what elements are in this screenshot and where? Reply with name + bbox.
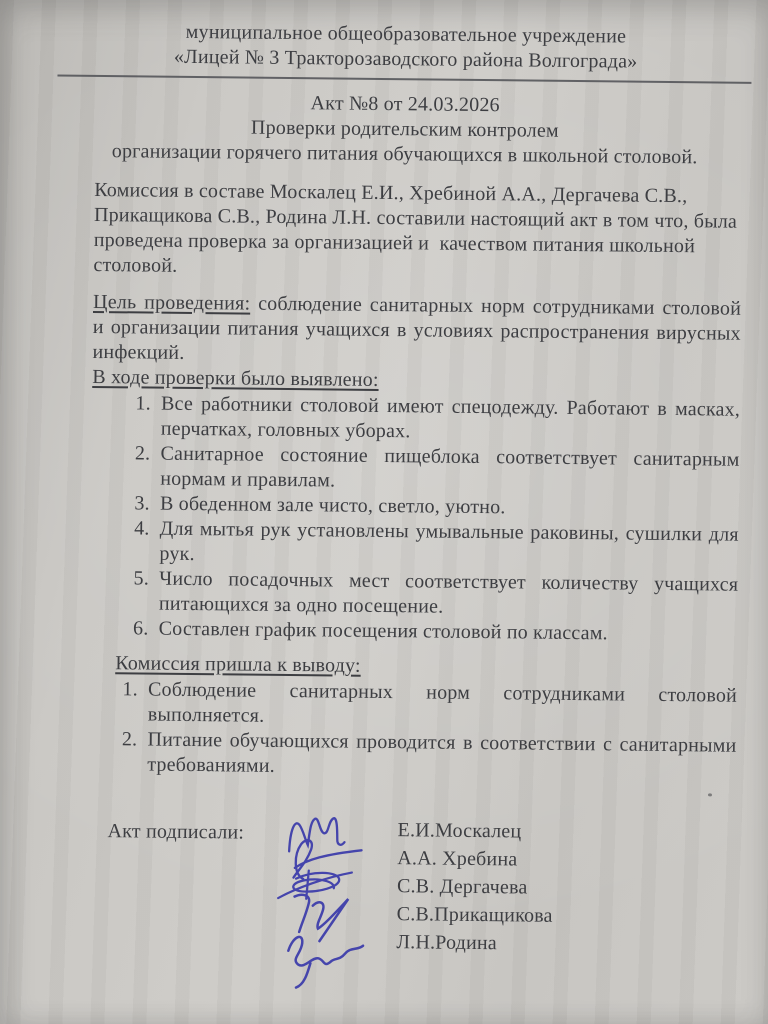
document-page: муниципальное общеобразовательное учрежд…	[0, 0, 768, 1024]
purpose-label: Цель проведения:	[93, 291, 250, 315]
signatory-name: Е.И.Москалец	[397, 816, 553, 846]
signed-by-label: Акт подписали:	[106, 807, 266, 979]
findings-list: Все работники столовой имеют спецодежду.…	[58, 391, 741, 648]
signatory-name: А.А. Хребина	[397, 844, 553, 874]
conclusion-item: Питание обучающихся проводится в соответ…	[142, 727, 736, 783]
conclusion-item: Соблюдение санитарных норм сотрудниками …	[143, 677, 737, 733]
finding-item: Составлен график посещения столовой по к…	[154, 617, 738, 648]
finding-item: Санитарное состояние пищеблока соответст…	[155, 442, 739, 498]
signatory-name: Л.Н.Родина	[396, 928, 552, 958]
act-title-block: Акт №8 от 24.03.2026 Проверки родительск…	[63, 89, 748, 171]
commission-intro-paragraph: Комиссия в составе Москалец Е.И., Хребин…	[93, 178, 742, 285]
conclusions-list: Соблюдение санитарных норм сотрудниками …	[56, 677, 737, 784]
signatory-name: С.В.Прикащикова	[397, 900, 553, 930]
signatory-name: С.В. Дергачева	[397, 872, 553, 902]
organization-header: муниципальное общеобразовательное учрежд…	[64, 19, 748, 76]
signature-rodina-icon	[271, 915, 381, 994]
handwritten-signatures	[264, 809, 398, 980]
header-divider	[57, 75, 751, 84]
signatory-names: Е.И.Москалец А.А. Хребина С.В. Дергачева…	[396, 810, 554, 982]
purpose-paragraph: Цель проведения: соблюдение санитарных н…	[92, 290, 741, 372]
finding-item: Для мытья рук установлены умывальные рак…	[154, 517, 738, 573]
finding-item: Все работники столовой имеют спецодежду.…	[156, 392, 740, 448]
finding-item: Число посадочных мест соответствует коли…	[154, 567, 738, 623]
paper-speck	[708, 793, 712, 796]
signature-section: Акт подписали: Е.И.Москалец А.А. Хребина…	[106, 807, 740, 984]
